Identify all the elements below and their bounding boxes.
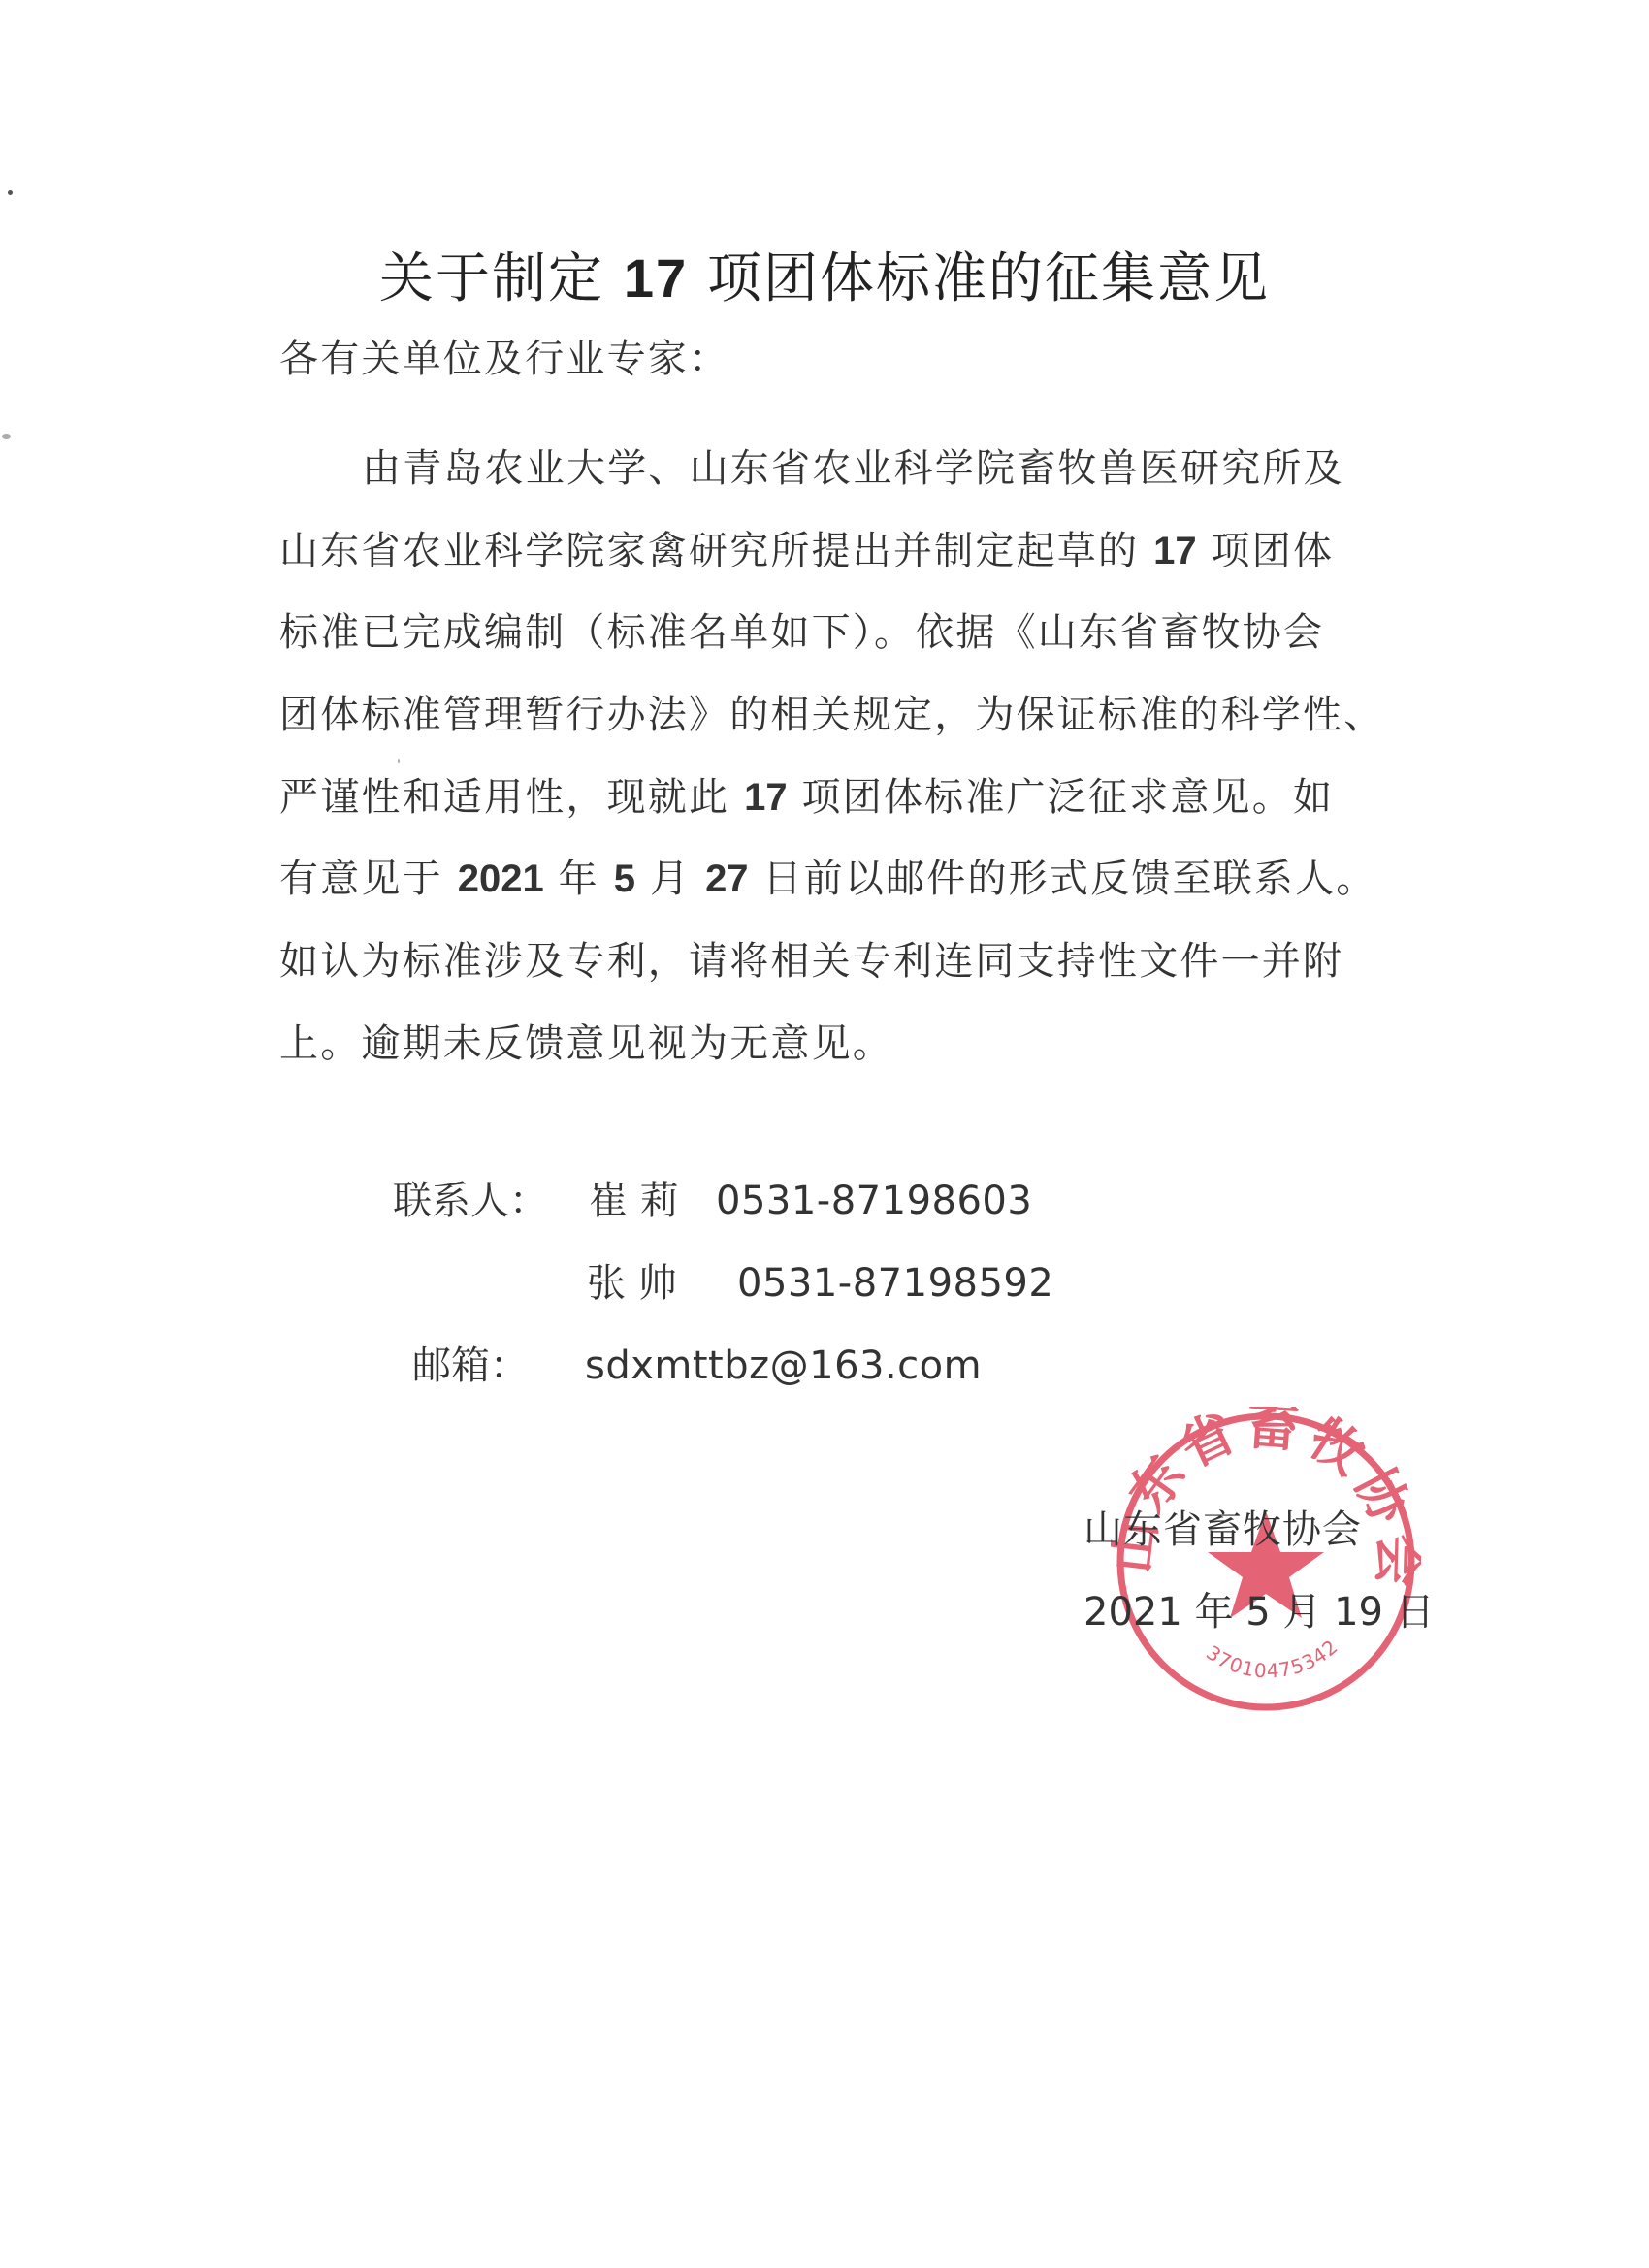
body-line-8: 上。逾期未反馈意见视为无意见。 (279, 1021, 893, 1067)
seal-icon: 山东省畜牧协会 3701047534223 (1111, 1407, 1421, 1717)
signature-organization: 山东省畜牧协会 (1083, 1507, 1362, 1553)
document-title: 关于制定 17 项团体标准的征集意见 (0, 236, 1649, 313)
email-label: 邮箱： (412, 1343, 529, 1389)
body-line-1: 由青岛农业大学、山东省农业科学院畜牧兽医研究所及 (362, 445, 1344, 492)
contact-phone-2: 0531-87198592 (737, 1260, 1053, 1307)
scan-speck (8, 190, 13, 195)
body-line-4: 团体标准管理暂行办法》的相关规定，为保证标准的科学性、 (279, 692, 1384, 738)
official-seal-stamp: 山东省畜牧协会 3701047534223 (1111, 1407, 1421, 1717)
body-line-2: 山东省农业科学院家禽研究所提出并制定起草的 17 项团体 (279, 528, 1334, 574)
signature-date: 2021 年 5 月 19 日 (1083, 1589, 1435, 1636)
contact-label: 联系人： (393, 1178, 548, 1224)
contact-name-2: 张 帅 (587, 1260, 677, 1307)
contact-name-1: 崔 莉 (589, 1178, 679, 1224)
body-line-6: 有意见于 2021 年 5 月 27 日前以邮件的形式反馈至联系人。 (279, 856, 1376, 902)
body-line-3: 标准已完成编制（标准名单如下）。依据《山东省畜牧协会 (279, 609, 1324, 656)
scan-speck (2, 434, 11, 439)
body-line-5: 严谨性和适用性，现就此 17 项团体标准广泛征求意见。如 (279, 774, 1334, 821)
scan-speck (398, 759, 400, 763)
email-address[interactable]: sdxmttbz@163.com (585, 1343, 982, 1389)
salutation: 各有关单位及行业专家： (279, 336, 729, 382)
body-line-7: 如认为标准涉及专利，请将相关专利连同支持性文件一并附 (279, 938, 1343, 985)
document-page: 关于制定 17 项团体标准的征集意见 各有关单位及行业专家： 由青岛农业大学、山… (0, 0, 1649, 2268)
contact-phone-1: 0531-87198603 (716, 1178, 1032, 1224)
